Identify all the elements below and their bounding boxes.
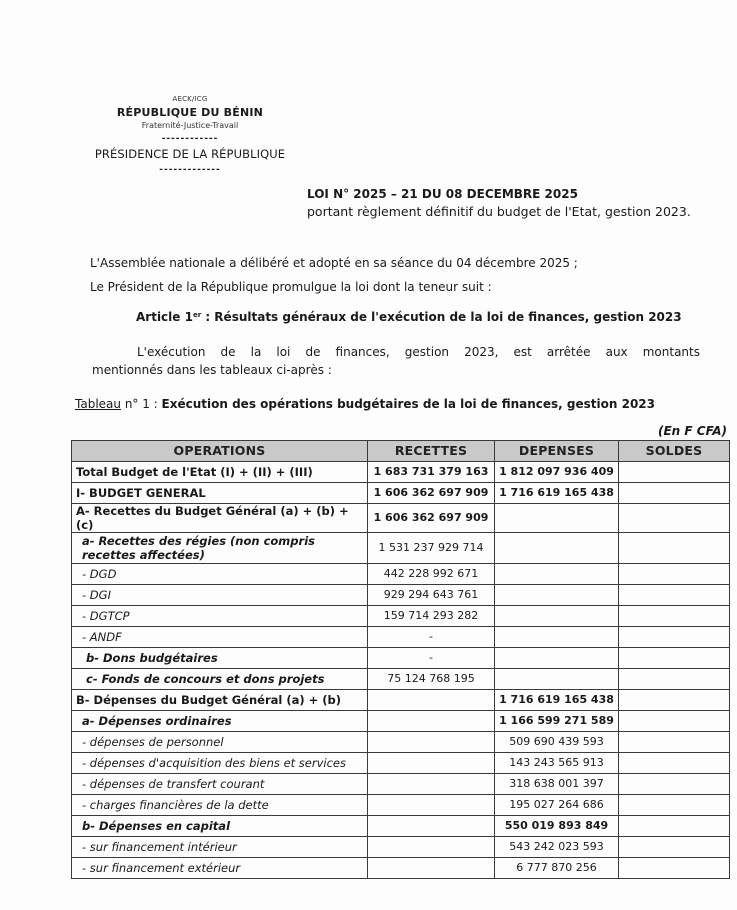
cell-operation: - ANDF (72, 627, 368, 648)
table-row: - DGD442 228 992 671 (72, 564, 730, 585)
table-row: - ANDF- (72, 627, 730, 648)
cell-operation: - sur financement extérieur (72, 858, 368, 879)
table-caption: Tableau n° 1 : Exécution des opérations … (75, 396, 655, 413)
cell-recettes: - (368, 648, 495, 669)
cell-recettes: 1 531 237 929 714 (368, 533, 495, 564)
table-row: - dépenses de personnel509 690 439 593 (72, 732, 730, 753)
cell-recettes: 75 124 768 195 (368, 669, 495, 690)
cell-operation: - dépenses d'acquisition des biens et se… (72, 753, 368, 774)
cell-depenses: 143 243 565 913 (495, 753, 619, 774)
cell-depenses: 550 019 893 849 (495, 816, 619, 837)
column-header-soldes: SOLDES (619, 441, 730, 462)
table-row: b- Dons budgétaires- (72, 648, 730, 669)
cell-operation: - DGD (72, 564, 368, 585)
cell-operation: B- Dépenses du Budget Général (a) + (b) (72, 690, 368, 711)
cell-depenses: 543 242 023 593 (495, 837, 619, 858)
cell-recettes: - (368, 627, 495, 648)
cell-recettes: 442 228 992 671 (368, 564, 495, 585)
cell-depenses (495, 627, 619, 648)
cell-soldes (619, 669, 730, 690)
cell-operation: a- Recettes des régies (non compris rece… (72, 533, 368, 564)
preamble-promulgation: Le Président de la République promulgue … (90, 279, 492, 296)
table-caption-number: n° 1 : (121, 397, 162, 411)
table-row: - sur financement extérieur6 777 870 256 (72, 858, 730, 879)
cell-soldes (619, 753, 730, 774)
article-body-line: L'exécution de la loi de finances, gesti… (92, 343, 700, 361)
table-row: c- Fonds de concours et dons projets75 1… (72, 669, 730, 690)
document-page: AECK/ICG RÉPUBLIQUE DU BÉNIN Fraternité-… (0, 0, 737, 910)
cell-recettes (368, 690, 495, 711)
cell-depenses: 1 812 097 936 409 (495, 462, 619, 483)
separator: ------------ (90, 134, 290, 144)
law-title: LOI N° 2025 – 21 DU 08 DECEMBRE 2025 (307, 186, 697, 203)
column-header-depenses: DEPENSES (495, 441, 619, 462)
cell-depenses: 195 027 264 686 (495, 795, 619, 816)
cell-recettes: 1 606 362 697 909 (368, 483, 495, 504)
document-code: AECK/ICG (90, 94, 290, 104)
cell-depenses (495, 648, 619, 669)
cell-recettes (368, 816, 495, 837)
cell-soldes (619, 858, 730, 879)
cell-soldes (619, 816, 730, 837)
table-caption-title: Exécution des opérations budgétaires de … (162, 397, 655, 411)
table-row: - dépenses de transfert courant318 638 0… (72, 774, 730, 795)
cell-operation: A- Recettes du Budget Général (a) + (b) … (72, 504, 368, 533)
table-row: a- Recettes des régies (non compris rece… (72, 533, 730, 564)
cell-operation: - dépenses de personnel (72, 732, 368, 753)
cell-operation: - DGTCP (72, 606, 368, 627)
article-number: Article 1 (136, 310, 193, 324)
cell-soldes (619, 837, 730, 858)
budget-execution-table: OPERATIONS RECETTES DEPENSES SOLDES Tota… (71, 440, 730, 879)
table-row: a- Dépenses ordinaires1 166 599 271 589 (72, 711, 730, 732)
table-row: - charges financières de la dette195 027… (72, 795, 730, 816)
cell-recettes: 1 683 731 379 163 (368, 462, 495, 483)
table-header-row: OPERATIONS RECETTES DEPENSES SOLDES (72, 441, 730, 462)
cell-depenses: 1 716 619 165 438 (495, 483, 619, 504)
cell-soldes (619, 732, 730, 753)
cell-soldes (619, 504, 730, 533)
article-ordinal: er (193, 311, 201, 319)
cell-operation: Total Budget de l'Etat (I) + (II) + (III… (72, 462, 368, 483)
cell-recettes (368, 858, 495, 879)
cell-operation: b- Dépenses en capital (72, 816, 368, 837)
table-row: - dépenses d'acquisition des biens et se… (72, 753, 730, 774)
cell-depenses (495, 564, 619, 585)
letterhead: AECK/ICG RÉPUBLIQUE DU BÉNIN Fraternité-… (90, 94, 290, 175)
institution-name: PRÉSIDENCE DE LA RÉPUBLIQUE (90, 146, 290, 162)
cell-soldes (619, 690, 730, 711)
table-row: b- Dépenses en capital550 019 893 849 (72, 816, 730, 837)
table-row: - DGI929 294 643 761 (72, 585, 730, 606)
table-row: Total Budget de l'Etat (I) + (II) + (III… (72, 462, 730, 483)
cell-recettes (368, 711, 495, 732)
cell-operation: - sur financement intérieur (72, 837, 368, 858)
cell-depenses (495, 606, 619, 627)
separator: ------------- (90, 165, 290, 175)
article-title: : Résultats généraux de l'exécution de l… (201, 310, 681, 324)
cell-depenses: 6 777 870 256 (495, 858, 619, 879)
law-heading: LOI N° 2025 – 21 DU 08 DECEMBRE 2025 por… (307, 186, 697, 220)
cell-depenses: 1 166 599 271 589 (495, 711, 619, 732)
cell-soldes (619, 564, 730, 585)
cell-soldes (619, 483, 730, 504)
cell-soldes (619, 795, 730, 816)
cell-soldes (619, 585, 730, 606)
article-body-line: mentionnés dans les tableaux ci-après : (92, 363, 332, 377)
cell-operation: - charges financières de la dette (72, 795, 368, 816)
cell-operation: - DGI (72, 585, 368, 606)
cell-operation: c- Fonds de concours et dons projets (72, 669, 368, 690)
cell-soldes (619, 606, 730, 627)
preamble-assembly: L'Assemblée nationale a délibéré et adop… (90, 255, 578, 272)
table-row: - sur financement intérieur543 242 023 5… (72, 837, 730, 858)
cell-depenses (495, 669, 619, 690)
country-name: RÉPUBLIQUE DU BÉNIN (90, 105, 290, 120)
cell-depenses (495, 504, 619, 533)
cell-recettes: 159 714 293 282 (368, 606, 495, 627)
cell-soldes (619, 648, 730, 669)
cell-soldes (619, 774, 730, 795)
cell-depenses (495, 585, 619, 606)
cell-operation: b- Dons budgétaires (72, 648, 368, 669)
table-row: B- Dépenses du Budget Général (a) + (b)1… (72, 690, 730, 711)
cell-depenses (495, 533, 619, 564)
cell-recettes (368, 732, 495, 753)
table-caption-label: Tableau (75, 397, 121, 411)
cell-recettes (368, 837, 495, 858)
table-row: - DGTCP159 714 293 282 (72, 606, 730, 627)
cell-recettes (368, 795, 495, 816)
article-body: L'exécution de la loi de finances, gesti… (92, 343, 700, 379)
column-header-operations: OPERATIONS (72, 441, 368, 462)
cell-operation: a- Dépenses ordinaires (72, 711, 368, 732)
table-row: I- BUDGET GENERAL1 606 362 697 9091 716 … (72, 483, 730, 504)
cell-soldes (619, 462, 730, 483)
national-motto: Fraternité-Justice-Travail (90, 120, 290, 131)
cell-recettes (368, 753, 495, 774)
law-subtitle: portant règlement définitif du budget de… (307, 203, 697, 220)
cell-soldes (619, 533, 730, 564)
cell-depenses: 318 638 001 397 (495, 774, 619, 795)
table-row: A- Recettes du Budget Général (a) + (b) … (72, 504, 730, 533)
article-heading: Article 1er : Résultats généraux de l'ex… (136, 307, 682, 326)
cell-soldes (619, 627, 730, 648)
column-header-recettes: RECETTES (368, 441, 495, 462)
cell-soldes (619, 711, 730, 732)
cell-recettes (368, 774, 495, 795)
currency-unit: (En F CFA) (658, 423, 727, 439)
cell-operation: I- BUDGET GENERAL (72, 483, 368, 504)
cell-depenses: 1 716 619 165 438 (495, 690, 619, 711)
cell-recettes: 1 606 362 697 909 (368, 504, 495, 533)
cell-operation: - dépenses de transfert courant (72, 774, 368, 795)
cell-recettes: 929 294 643 761 (368, 585, 495, 606)
cell-depenses: 509 690 439 593 (495, 732, 619, 753)
